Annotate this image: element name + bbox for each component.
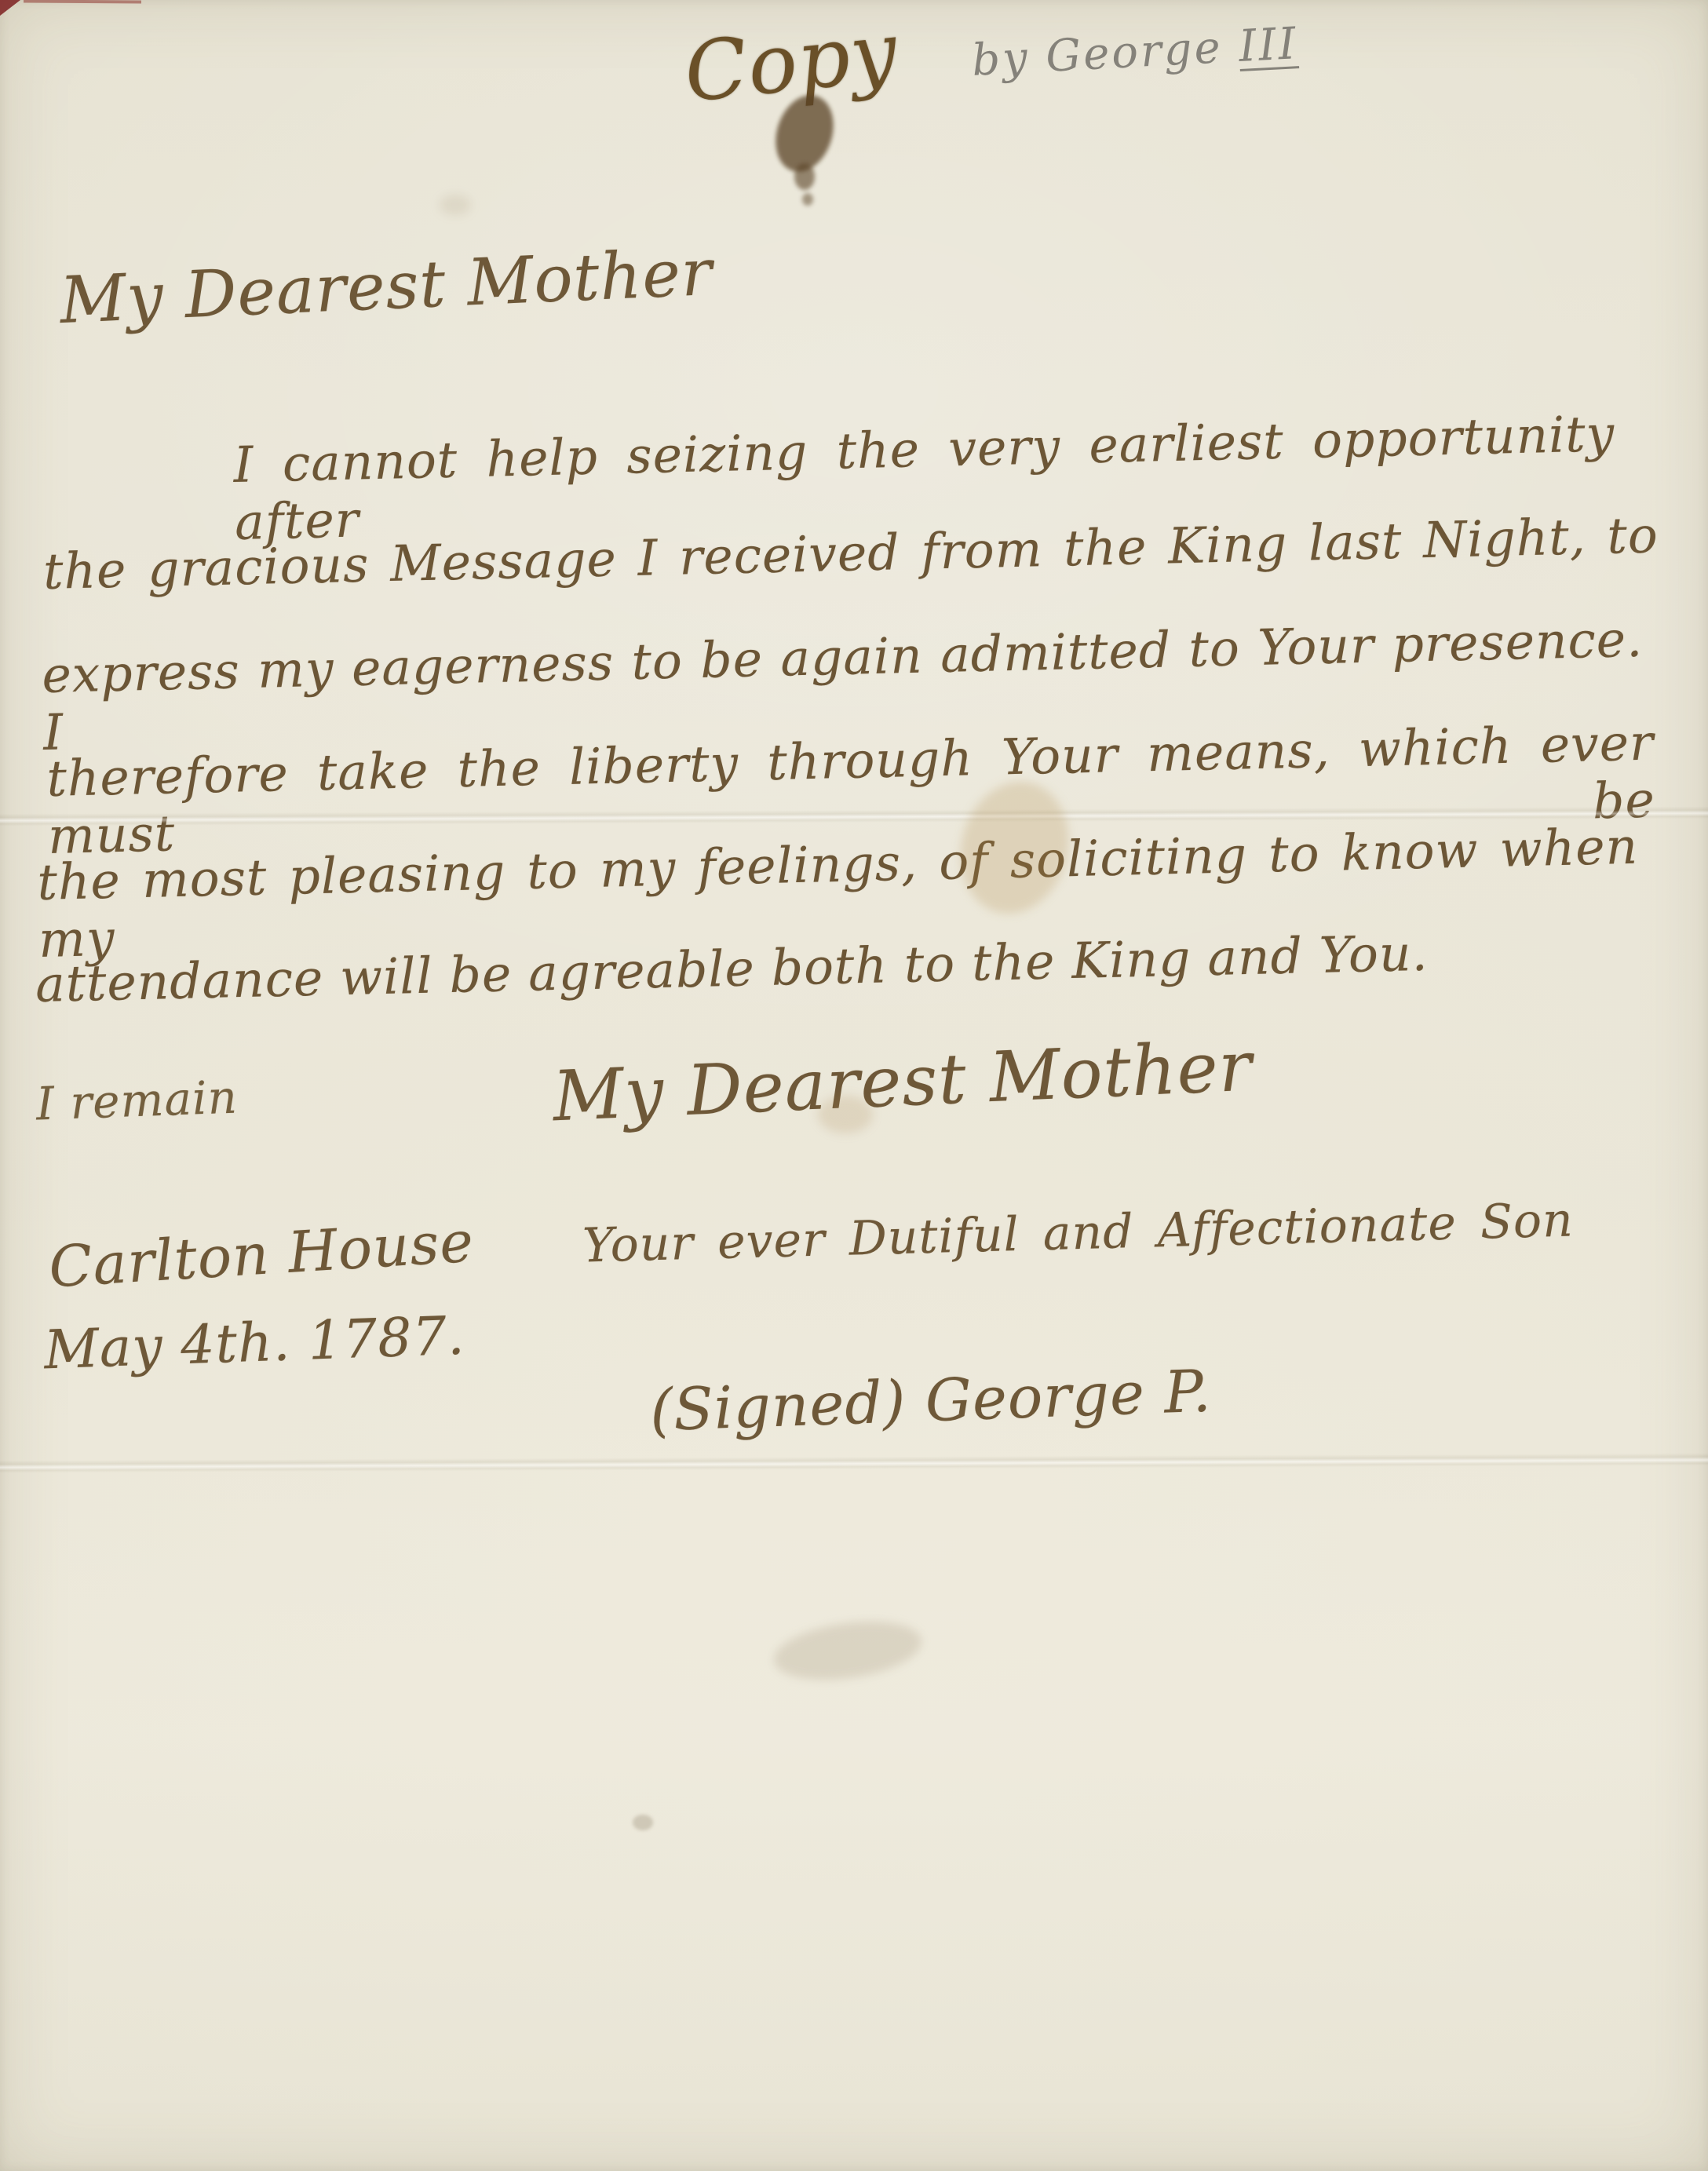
fold-crease xyxy=(0,1453,1708,1472)
date-line: May 4th. 1787. xyxy=(43,1305,466,1382)
ink-blot xyxy=(794,163,815,190)
pencil-annotation: by George III xyxy=(971,18,1300,86)
signature-line: (Signed) George P. xyxy=(649,1358,1213,1445)
valediction-line: Your ever Dutiful and Affectionate Son xyxy=(582,1192,1574,1273)
paper-stain xyxy=(818,1096,873,1133)
i-remain-line: I remain xyxy=(35,1071,239,1131)
paper-stain xyxy=(440,195,471,215)
pencil-annotation-numeral: III xyxy=(1238,18,1300,72)
salutation: My Dearest Mother xyxy=(58,235,714,338)
letter-page: Copy by George III My Dearest Mother I c… xyxy=(0,0,1708,2171)
scan-edge-artifact xyxy=(24,0,141,4)
paper-stain xyxy=(770,1613,925,1688)
place-line: Carlton House xyxy=(47,1209,476,1301)
pencil-annotation-text: by George xyxy=(971,22,1224,86)
scan-corner-artifact xyxy=(0,0,20,16)
ink-blot xyxy=(802,193,813,206)
paper-stain xyxy=(633,1815,653,1830)
closing-salutation: My Dearest Mother xyxy=(551,1026,1254,1137)
